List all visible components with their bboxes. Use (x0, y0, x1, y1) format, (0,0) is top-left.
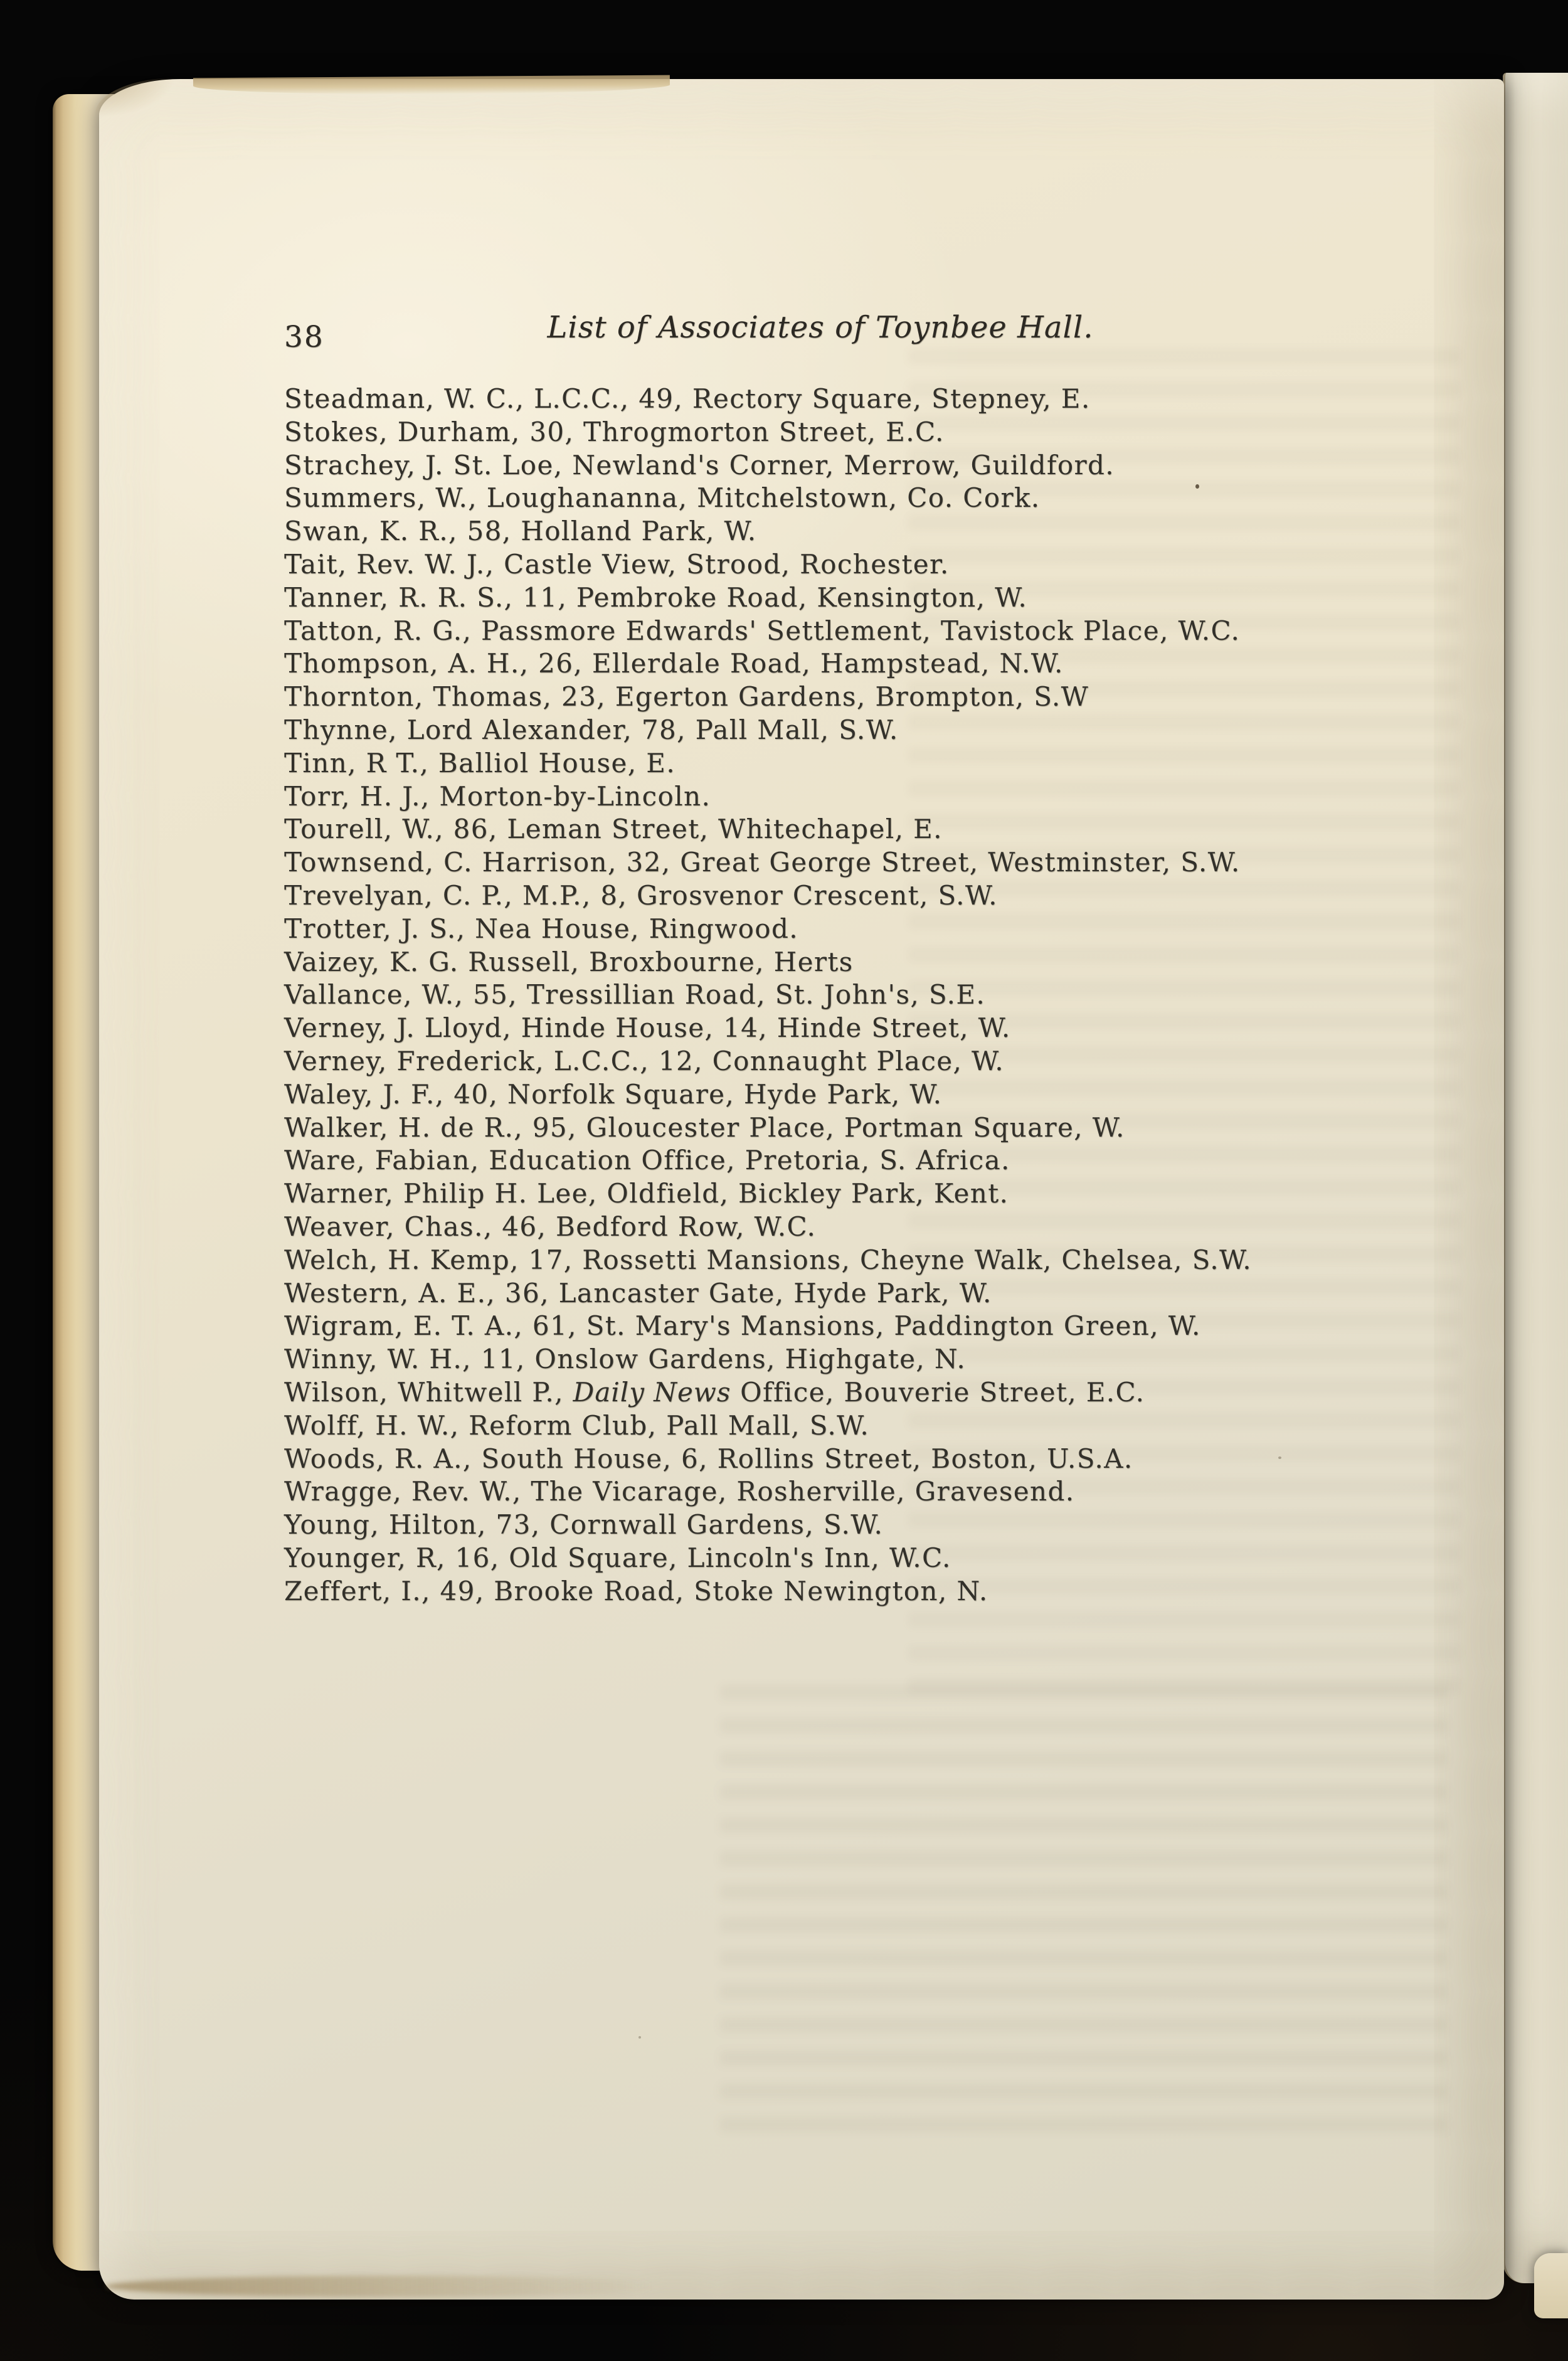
book-photo: 38 List of Associates of Toynbee Hall. S… (0, 0, 1568, 2361)
running-title: List of Associates of Toynbee Hall. (284, 310, 1357, 345)
page-header: 38 List of Associates of Toynbee Hall. (284, 310, 1357, 379)
list-entry: Strachey, J. St. Loe, Newland's Corner, … (284, 449, 1451, 482)
list-entry: Summers, W., Loughananna, Mitchelstown, … (284, 482, 1451, 515)
list-entry: Trotter, J. S., Nea House, Ringwood. (284, 913, 1451, 946)
list-entry: Thynne, Lord Alexander, 78, Pall Mall, S… (284, 714, 1451, 747)
list-entry: Wolff, H. W., Reform Club, Pall Mall, S.… (284, 1409, 1451, 1443)
list-entry: Waley, J. F., 40, Norfolk Square, Hyde P… (284, 1078, 1451, 1112)
list-entry: Stokes, Durham, 30, Throgmorton Street, … (284, 416, 1451, 449)
list-entry: Wilson, Whitwell P., Daily News Office, … (284, 1376, 1451, 1409)
list-entry: Walker, H. de R., 95, Gloucester Place, … (284, 1112, 1451, 1145)
italic-phrase: Daily News (573, 1377, 731, 1408)
list-entry: Torr, H. J., Morton-by-Lincoln. (284, 780, 1451, 814)
list-entry: Wigram, E. T. A., 61, St. Mary's Mansion… (284, 1310, 1451, 1343)
associates-list: Steadman, W. C., L.C.C., 49, Rectory Squ… (284, 383, 1451, 1608)
list-entry: Trevelyan, C. P., M.P., 8, Grosvenor Cre… (284, 879, 1451, 913)
list-entry: Weaver, Chas., 46, Bedford Row, W.C. (284, 1211, 1451, 1244)
list-entry: Townsend, C. Harrison, 32, Great George … (284, 846, 1451, 879)
list-entry: Thompson, A. H., 26, Ellerdale Road, Ham… (284, 647, 1451, 681)
list-entry: Woods, R. A., South House, 6, Rollins St… (284, 1443, 1451, 1476)
list-entry: Ware, Fabian, Education Office, Pretoria… (284, 1144, 1451, 1177)
list-entry: Zeffert, I., 49, Brooke Road, Stoke Newi… (284, 1575, 1451, 1608)
list-entry: Welch, H. Kemp, 17, Rossetti Mansions, C… (284, 1244, 1451, 1277)
list-entry: Verney, J. Lloyd, Hinde House, 14, Hinde… (284, 1012, 1451, 1045)
list-entry: Thornton, Thomas, 23, Egerton Gardens, B… (284, 681, 1451, 714)
list-entry: Tanner, R. R. S., 11, Pembroke Road, Ken… (284, 581, 1451, 615)
list-entry: Western, A. E., 36, Lancaster Gate, Hyde… (284, 1277, 1451, 1310)
page-number: 38 (284, 320, 324, 354)
list-entry: Tatton, R. G., Passmore Edwards' Settlem… (284, 615, 1451, 648)
book-page: 38 List of Associates of Toynbee Hall. S… (99, 79, 1504, 2300)
list-entry: Verney, Frederick, L.C.C., 12, Connaught… (284, 1045, 1451, 1078)
list-entry: Tinn, R T., Balliol House, E. (284, 747, 1451, 780)
facing-page-edge (1503, 73, 1568, 2283)
list-entry: Vaizey, K. G. Russell, Broxbourne, Herts (284, 946, 1451, 979)
list-entry: Tourell, W., 86, Leman Street, Whitechap… (284, 813, 1451, 846)
list-entry: Young, Hilton, 73, Cornwall Gardens, S.W… (284, 1509, 1451, 1542)
list-entry: Winny, W. H., 11, Onslow Gardens, Highga… (284, 1343, 1451, 1376)
list-entry: Steadman, W. C., L.C.C., 49, Rectory Squ… (284, 383, 1451, 416)
list-entry: Tait, Rev. W. J., Castle View, Strood, R… (284, 548, 1451, 581)
facing-page-corner (1534, 2253, 1568, 2318)
list-entry: Warner, Philip H. Lee, Oldfield, Bickley… (284, 1177, 1451, 1211)
list-entry: Swan, K. R., 58, Holland Park, W. (284, 515, 1451, 548)
list-entry: Vallance, W., 55, Tressillian Road, St. … (284, 979, 1451, 1012)
list-entry: Wragge, Rev. W., The Vicarage, Roshervil… (284, 1475, 1451, 1509)
printed-content: 38 List of Associates of Toynbee Hall. S… (99, 79, 1504, 2300)
list-entry: Younger, R, 16, Old Square, Lincoln's In… (284, 1542, 1451, 1575)
